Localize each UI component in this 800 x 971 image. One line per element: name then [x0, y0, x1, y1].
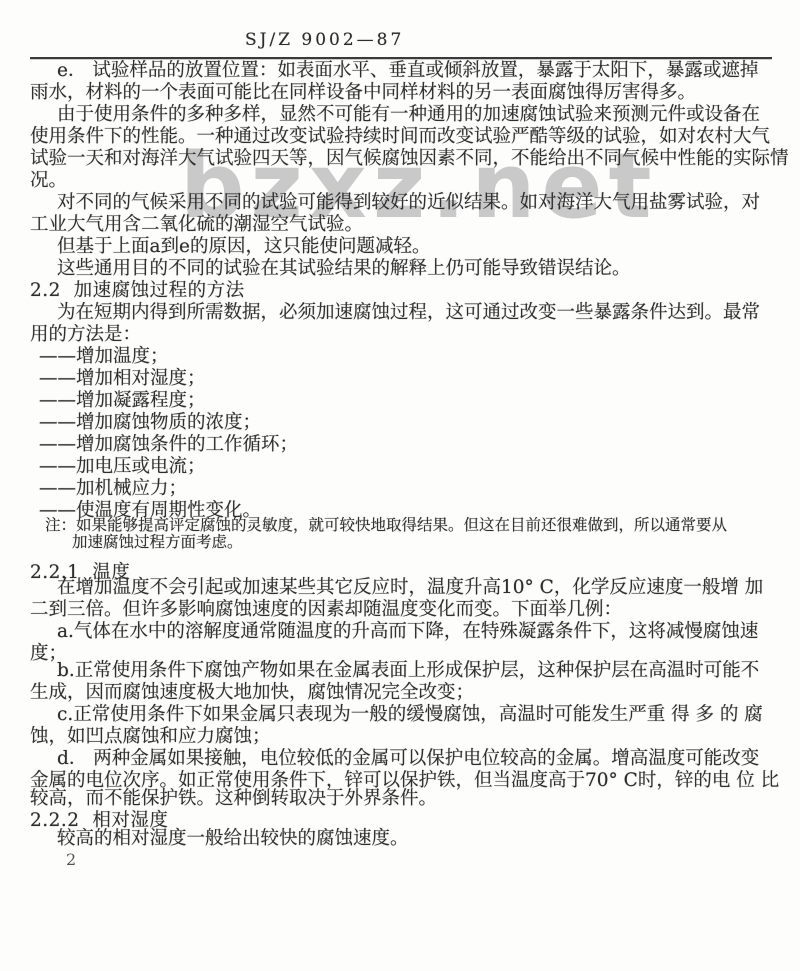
- text-line: 蚀，如凹点腐蚀和应力腐蚀；: [30, 726, 772, 748]
- text-line: 使用条件下的性能。一种通过改变试验持续时间而改变试验严酷等级的试验，如对农村大气: [30, 126, 772, 148]
- text-line: ——加机械应力；: [30, 478, 772, 500]
- text-line: ——增加腐蚀物质的浓度；: [30, 412, 772, 434]
- text-line: 加速腐蚀过程方面考虑。: [30, 534, 772, 551]
- text-line: 雨水，材料的一个表面可能比在同样设备中同样材料的另一表面腐蚀得厉害得多。: [30, 82, 772, 104]
- text-line: 这些通用目的不同的试验在其试验结果的解释上仍可能导致错误结论。: [30, 258, 772, 280]
- document-body: e． 试验样品的放置位置：如表面水平、垂直或倾斜放置，暴露于太阳下，暴露或遮掉雨…: [30, 60, 772, 850]
- text-line: 生成，因而腐蚀速度极大地加快，腐蚀情况完全改变；: [30, 682, 772, 704]
- text-line: 在增加温度不会引起或加速某些其它反应时，温度升高10° C，化学反应速度一般增 …: [30, 577, 772, 599]
- text-line: c.正常使用条件下如果金属只表现为一般的缓慢腐蚀，高温时可能发生严重 得 多 的…: [30, 704, 772, 726]
- text-line: 较高的相对湿度一般给出较快的腐蚀速度。: [30, 828, 772, 850]
- text-line: 对不同的气候采用不同的试验可能得到较好的近似结果。如对海洋大气用盐雾试验，对: [30, 192, 772, 214]
- text-line: b.正常使用条件下腐蚀产物如果在金属表面上形成保护层，这种保护层在高温时可能不: [30, 660, 772, 682]
- text-line: 为在短期内得到所需数据，必须加速腐蚀过程，这可通过改变一些暴露条件达到。最常: [30, 302, 772, 324]
- text-line: 二到三倍。但许多影响腐蚀速度的因素却随温度变化而变。下面举几例：: [30, 599, 772, 621]
- document-page: bzxz.net SJ/Z 9002—87 e． 试验样品的放置位置：如表面水平…: [0, 0, 800, 971]
- header-rule: [30, 57, 772, 59]
- text-line: 由于使用条件的多种多样，显然不可能有一种通用的加速腐蚀试验来预测元件或设备在: [30, 104, 772, 126]
- page-number: 2: [66, 850, 76, 869]
- text-line: 况。: [30, 170, 772, 192]
- section-heading: 2.2 加速腐蚀过程的方法: [30, 280, 772, 302]
- text-line: 试验一天和对海洋大气试验四天等，因气候腐蚀因素不同，不能给出不同气候中性能的实际…: [30, 148, 772, 170]
- text-line: e． 试验样品的放置位置：如表面水平、垂直或倾斜放置，暴露于太阳下，暴露或遮掉: [30, 60, 772, 82]
- text-line: 注：如果能够提高评定腐蚀的灵敏度，就可较快地取得结果。但这在目前还很难做到，所以…: [30, 517, 772, 534]
- standard-code-header: SJ/Z 9002—87: [245, 30, 404, 50]
- text-line: ——增加凝露程度；: [30, 390, 772, 412]
- text-line: a.气体在水中的溶解度通常随温度的升高而下降，在特殊凝露条件下，这将减慢腐蚀速: [30, 621, 772, 643]
- text-line: 用的方法是：: [30, 324, 772, 346]
- text-line: ——加电压或电流；: [30, 456, 772, 478]
- text-line: ——增加腐蚀条件的工作循环；: [30, 434, 772, 456]
- text-line: ——增加温度；: [30, 346, 772, 368]
- text-line: 工业大气用含二氧化硫的潮湿空气试验。: [30, 214, 772, 236]
- text-line: ——增加相对湿度；: [30, 368, 772, 390]
- text-line: d． 两种金属如果接触，电位较低的金属可以保护电位较高的金属。增高温度可能改变: [30, 748, 772, 770]
- text-line: 但基于上面a到e的原因，这只能使问题减轻。: [30, 236, 772, 258]
